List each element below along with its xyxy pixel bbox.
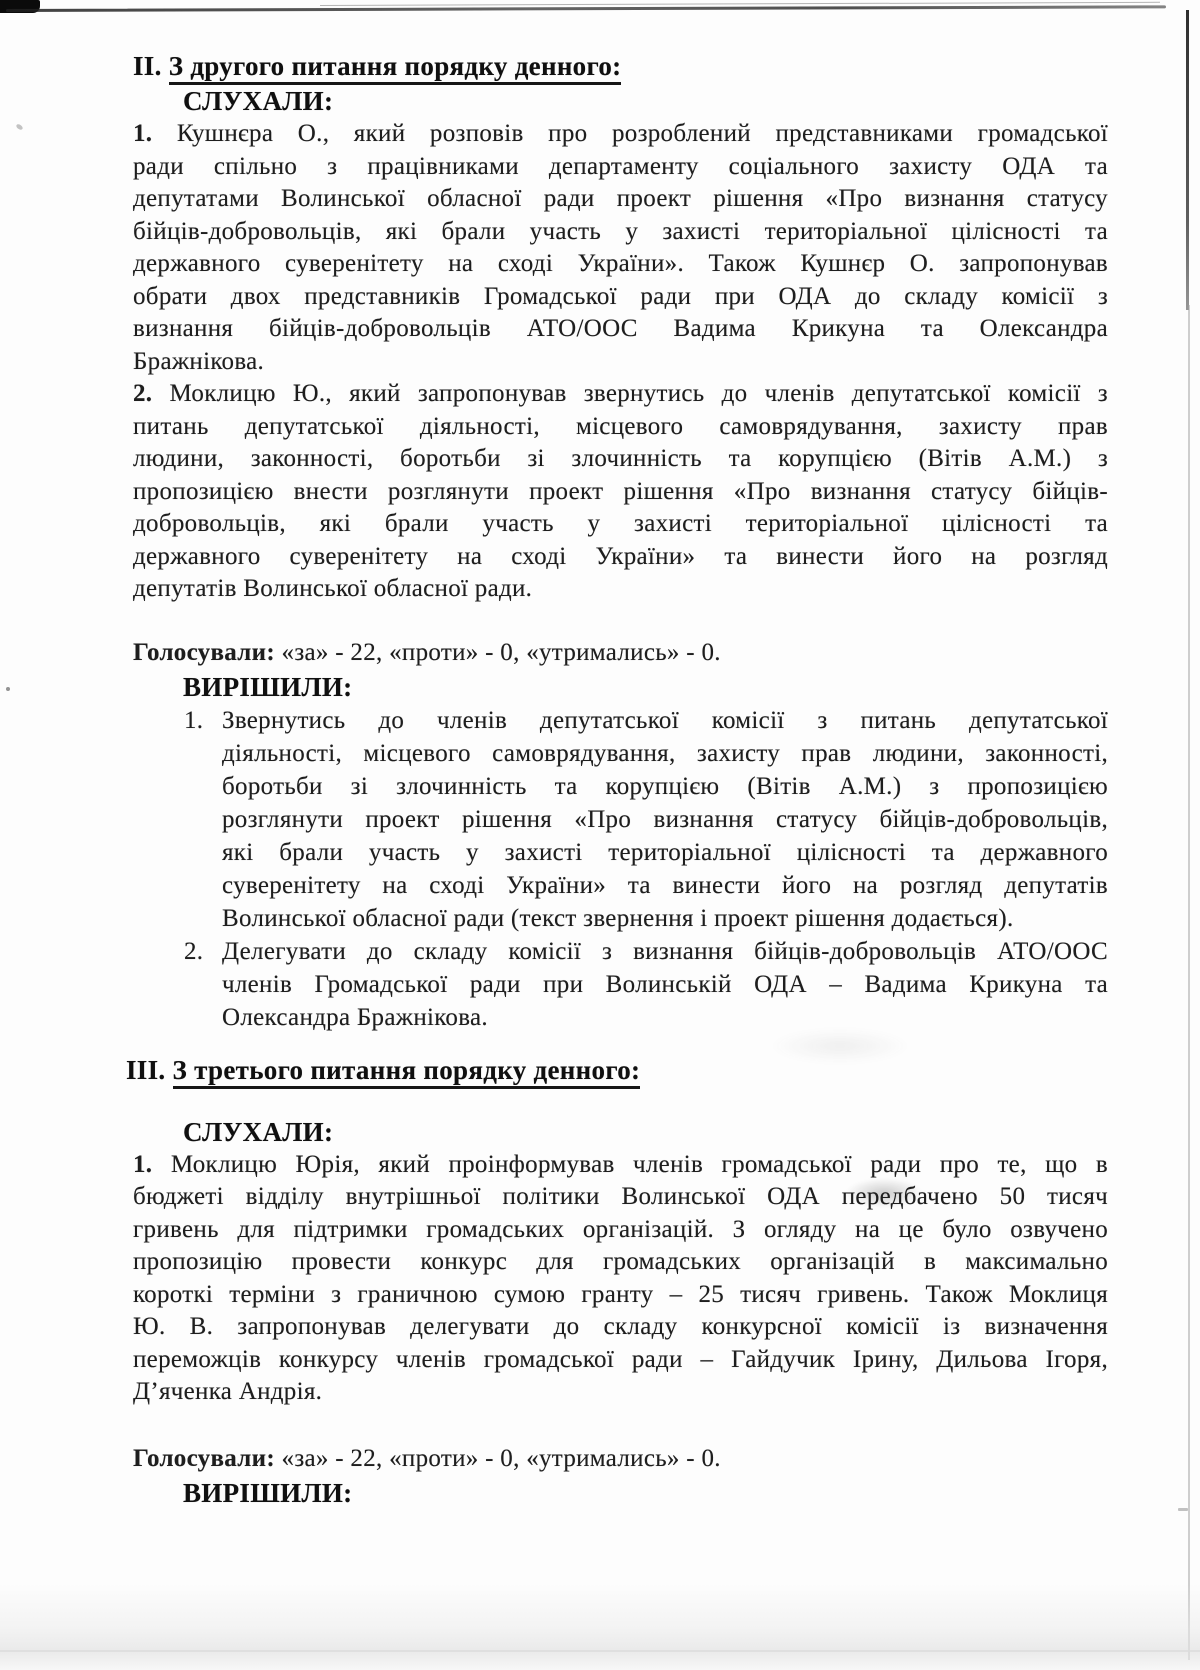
paragraph-line: гривень для підтримки громадських органі…: [133, 1214, 1108, 1247]
scan-artifact-right-line: [1186, 10, 1189, 310]
section-iii-heading: ІІІ. З третього питання порядку денного:: [126, 1054, 1108, 1087]
section-number: ІІ.: [133, 51, 162, 81]
paragraph-line-text: Кушнєра О., який розповів про розроблени…: [177, 120, 1108, 147]
decision-line: боротьби зі злочинність та корупцією (Ві…: [222, 770, 1108, 803]
decision-line: Олександра Бражнікова.: [222, 1001, 1108, 1034]
paragraph-line: добровольців, які брали участь у захисті…: [133, 508, 1108, 541]
vyrishyly-label: ВИРІШИЛИ:: [183, 1477, 1108, 1510]
scan-artifact-top-line: [6, 5, 1166, 12]
paragraph-line: 1. Моклицю Юрія, який проінформував член…: [133, 1149, 1108, 1182]
paragraph-line: людини, законності, боротьби зі злочинні…: [133, 443, 1108, 476]
vote-label: Голосували:: [133, 1445, 275, 1472]
paragraph-line: бійців-добровольців, які брали участь у …: [133, 216, 1108, 249]
paragraph-number: 1.: [133, 1151, 152, 1178]
paragraph-line-text: Моклицю Юрія, який проінформував членів …: [171, 1151, 1108, 1178]
paragraph-line: ради спільно з працівниками департаменту…: [133, 151, 1108, 184]
decision-number: 2.: [184, 935, 203, 968]
scan-artifact-speck: [15, 123, 23, 131]
paragraph-line: Ю. В. запропонував делегувати до складу …: [133, 1311, 1108, 1344]
paragraph-line: Бражнікова.: [133, 346, 1108, 379]
scan-artifact-bottom-band: [0, 1584, 1200, 1670]
paragraph-line: пропозицією внести розглянути проект ріш…: [133, 476, 1108, 509]
paragraph-line: визнання бійців-добровольців АТО/ООС Вад…: [133, 313, 1108, 346]
paragraph-number: 2.: [133, 380, 152, 407]
decision-line: суверенітету на сході України» та винест…: [222, 869, 1108, 902]
decision-number: 1.: [184, 704, 203, 737]
scan-artifact-speck: [6, 687, 10, 691]
decision-line: членів Громадської ради при Волинській О…: [222, 968, 1108, 1001]
decisions-list: 1. Звернутись до членів депутатської ком…: [133, 704, 1108, 1034]
paragraph-line: бюджеті відділу внутрішньої політики Вол…: [133, 1181, 1108, 1214]
paragraph-line: переможців конкурсу членів громадської р…: [133, 1344, 1108, 1377]
sluhaly-label: СЛУХАЛИ:: [183, 85, 1108, 118]
decision-item: 1. Звернутись до членів депутатської ком…: [133, 704, 1108, 935]
scan-artifact-bottom-line: [0, 1650, 1200, 1652]
paragraph-line: державного суверенітету на сході України…: [133, 248, 1108, 281]
decision-item: 2. Делегувати до складу комісії з визнан…: [133, 935, 1108, 1034]
scan-artifact-corner-blob: [0, 0, 40, 13]
scanned-document-page: ІІ. З другого питання порядку денного: С…: [0, 0, 1200, 1670]
decision-line: Делегувати до складу комісії з визнання …: [222, 935, 1108, 968]
vote-values: «за» - 22, «проти» - 0, «утримались» - 0…: [282, 1445, 721, 1472]
scan-artifact-right-line-faint: [1188, 305, 1190, 1660]
vote-label: Голосували:: [133, 639, 275, 666]
vote-results-line: Голосували: «за» - 22, «проти» - 0, «утр…: [133, 636, 1108, 669]
sluhaly-label: СЛУХАЛИ:: [183, 1116, 1108, 1149]
decision-line: діяльності, місцевого самоврядування, за…: [222, 737, 1108, 770]
section-number: ІІІ.: [126, 1055, 165, 1085]
scan-artifact-top-line-echo: [320, 2, 1160, 6]
vote-values: «за» - 22, «проти» - 0, «утримались» - 0…: [282, 639, 721, 666]
paragraph-number: 1.: [133, 120, 152, 147]
paragraph-line: Д’яченка Андрія.: [133, 1376, 1108, 1409]
paragraph-line: питань депутатської діяльності, місцевог…: [133, 411, 1108, 444]
paragraph-line: 2. Моклицю Ю., який запропонував звернут…: [133, 378, 1108, 411]
vyrishyly-label: ВИРІШИЛИ:: [183, 671, 1108, 704]
decision-line: розглянути проект рішення «Про визнання …: [222, 803, 1108, 836]
decision-line: Звернутись до членів депутатської комісі…: [222, 704, 1108, 737]
decision-line: Волинської обласної ради (текст зверненн…: [222, 902, 1108, 935]
scan-artifact-speck: [1178, 1508, 1188, 1511]
paragraph-line: пропозицію провести конкурс для громадсь…: [133, 1246, 1108, 1279]
paragraph-line: 1. Кушнєра О., який розповів про розробл…: [133, 118, 1108, 151]
paragraph-line: обрати двох представників Громадської ра…: [133, 281, 1108, 314]
section-heading-text: З другого питання порядку денного:: [169, 51, 622, 85]
paragraph-line-text: Моклицю Ю., який запропонував звернутись…: [169, 380, 1108, 407]
paragraph-line: депутатами Волинської обласної ради прое…: [133, 183, 1108, 216]
paragraph-ii-2: 2. Моклицю Ю., який запропонував звернут…: [133, 378, 1108, 606]
paragraph-ii-1: 1. Кушнєра О., який розповів про розробл…: [133, 118, 1108, 378]
vote-results-line: Голосували: «за» - 22, «проти» - 0, «утр…: [133, 1442, 1108, 1475]
section-ii-heading: ІІ. З другого питання порядку денного:: [133, 50, 1108, 83]
section-heading-text: З третього питання порядку денного:: [173, 1055, 641, 1089]
paragraph-line: державного суверенітету на сході України…: [133, 541, 1108, 574]
paragraph-iii-1: 1. Моклицю Юрія, який проінформував член…: [133, 1149, 1108, 1409]
paragraph-line: короткі терміни з граничною сумою гранту…: [133, 1279, 1108, 1312]
document-content: ІІ. З другого питання порядку денного: С…: [133, 50, 1108, 1510]
paragraph-line: депутатів Волинської обласної ради.: [133, 573, 1108, 606]
decision-line: які брали участь у захисті територіально…: [222, 836, 1108, 869]
